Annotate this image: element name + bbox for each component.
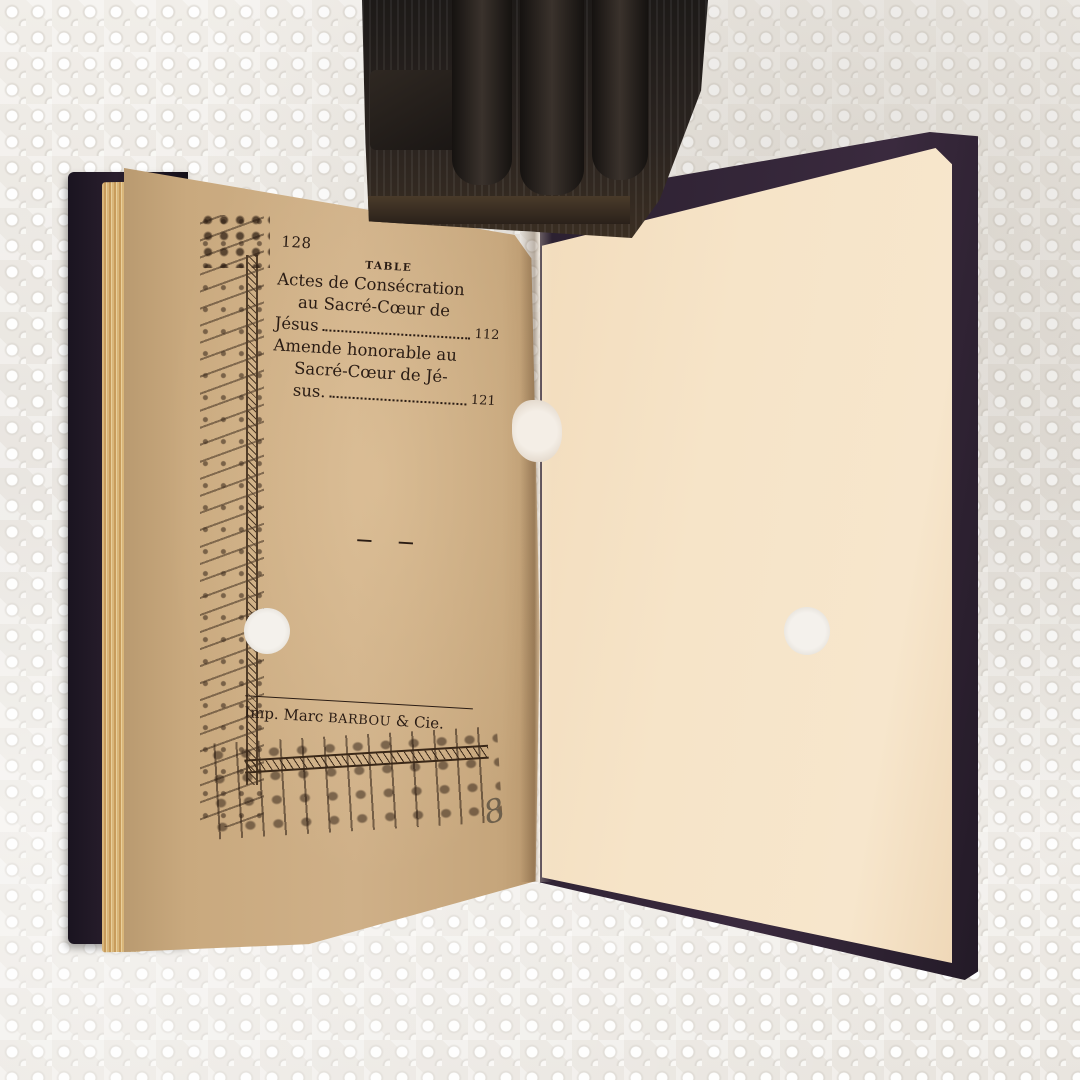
floral-border-corner	[200, 212, 270, 268]
bronze-hand-weight	[362, 0, 708, 238]
paper-tear-gutter	[512, 400, 562, 462]
separator-dashes: — —	[356, 529, 425, 552]
toc-page-number: 112	[474, 324, 500, 347]
page-number: 128	[281, 233, 312, 253]
bronze-finger	[592, 0, 648, 180]
bronze-finger	[452, 0, 512, 185]
paper-wear-spot-right	[784, 607, 830, 655]
paper-wear-spot-left	[244, 608, 290, 654]
floral-border-left	[200, 215, 264, 827]
floral-border-bottom	[203, 726, 502, 840]
toc-entries: Actes de Consécration au Sacré-Cœur de J…	[270, 268, 502, 413]
right-blank-endpaper	[542, 148, 952, 963]
book-gutter	[520, 232, 552, 882]
toc-page-number: 121	[470, 390, 496, 413]
bronze-finger	[520, 0, 584, 195]
bronze-thumb	[370, 70, 460, 150]
bronze-hand-base	[368, 196, 630, 224]
